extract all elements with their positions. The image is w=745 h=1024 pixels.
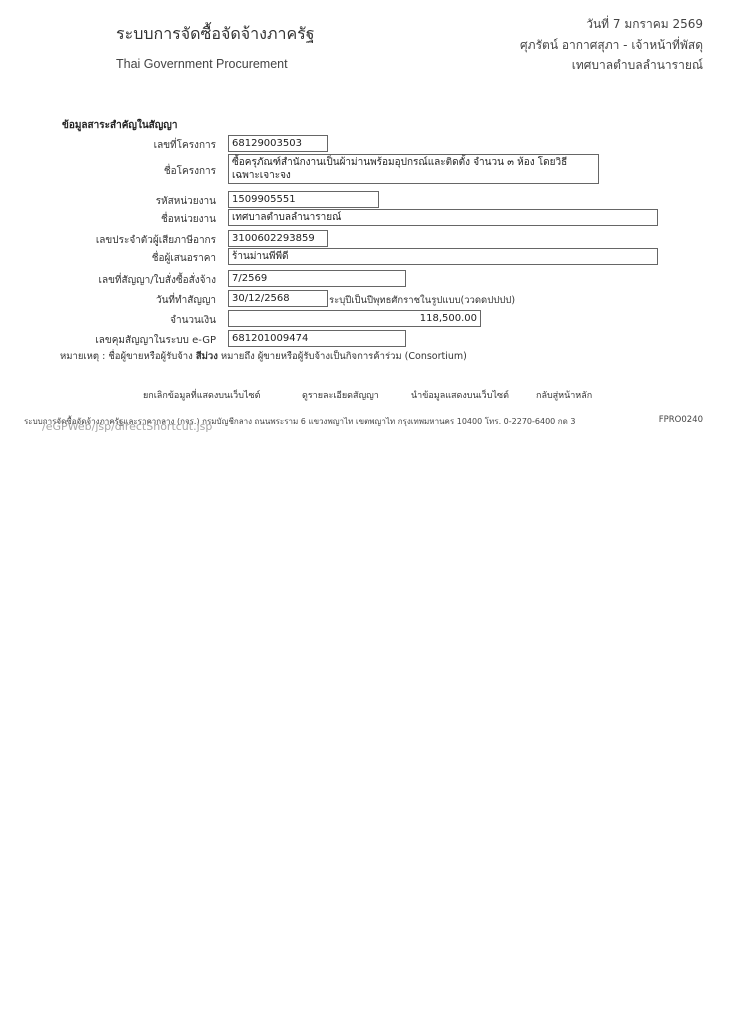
project-name-field[interactable]: ซื้อครุภัณฑ์สำนักงานเป็นผ้าม่านพร้อมอุปก… xyxy=(228,154,599,184)
cancel-publish-link[interactable]: ยกเลิกข้อมูลที่แสดงบนเว็บไซต์ xyxy=(143,388,260,402)
current-date: วันที่ 7 มกราคม 2569 xyxy=(586,15,703,34)
contract-date-field[interactable]: 30/12/2568 xyxy=(228,290,328,307)
project-no-label: เลขที่โครงการ xyxy=(56,138,216,153)
publish-link[interactable]: นำข้อมูลแสดงบนเว็บไซต์ xyxy=(411,388,509,402)
tax-id-field[interactable]: 3100602293859 xyxy=(228,230,328,247)
project-name-label: ชื่อโครงการ xyxy=(56,164,216,179)
footer-url: /eGPWeb/jsp/directShortcut.jsp xyxy=(42,420,212,433)
project-no-field[interactable]: 68129003503 xyxy=(228,135,328,152)
amount-label: จำนวนเงิน xyxy=(56,313,216,328)
contract-no-label: เลขที่สัญญา/ใบสั่งซื้อสั่งจ้าง xyxy=(56,273,216,288)
amount-field[interactable]: 118,500.00 xyxy=(228,310,481,327)
egp-control-no-label: เลขคุมสัญญาในระบบ e-GP xyxy=(56,333,216,348)
agency-name-field[interactable]: เทศบาลตำบลลำนารายณ์ xyxy=(228,209,658,226)
agency-code-field[interactable]: 1509905551 xyxy=(228,191,379,208)
tax-id-label: เลขประจำตัวผู้เสียภาษีอากร xyxy=(56,233,216,248)
bidder-name-field[interactable]: ร้านม่านพีพีดี xyxy=(228,248,658,265)
agency-name-label: ชื่อหน่วยงาน xyxy=(56,212,216,227)
contract-date-label: วันที่ทำสัญญา xyxy=(56,293,216,308)
section-title: ข้อมูลสาระสำคัญในสัญญา xyxy=(62,118,177,133)
home-link[interactable]: กลับสู่หน้าหลัก xyxy=(536,388,592,402)
egp-control-no-field[interactable]: 681201009474 xyxy=(228,330,406,347)
note-color-word: สีม่วง xyxy=(196,351,218,362)
system-subtitle: Thai Government Procurement xyxy=(116,57,288,71)
contract-date-hint: ระบุปีเป็นปีพุทธศักราชในรูปแบบ(ววดดปปปป) xyxy=(329,293,515,308)
view-contract-link[interactable]: ดูรายละเอียดสัญญา xyxy=(302,388,379,402)
page-code: FPRO0240 xyxy=(659,415,703,425)
user-info: ศุภรัตน์ อากาศสุภา - เจ้าหน้าที่พัสดุ xyxy=(520,36,703,55)
bidder-name-label: ชื่อผู้เสนอราคา xyxy=(56,251,216,266)
organization-name: เทศบาลตำบลลำนารายณ์ xyxy=(572,56,703,75)
note-prefix: หมายเหตุ : ชื่อผู้ขายหรือผู้รับจ้าง xyxy=(60,351,193,362)
consortium-note: หมายเหตุ : ชื่อผู้ขายหรือผู้รับจ้าง สีม่… xyxy=(60,349,467,364)
contract-no-field[interactable]: 7/2569 xyxy=(228,270,406,287)
system-title: ระบบการจัดซื้อจัดจ้างภาครัฐ xyxy=(116,22,315,47)
note-suffix: หมายถึง ผู้ขายหรือผู้รับจ้างเป็นกิจการค้… xyxy=(221,351,467,362)
agency-code-label: รหัสหน่วยงาน xyxy=(56,194,216,209)
